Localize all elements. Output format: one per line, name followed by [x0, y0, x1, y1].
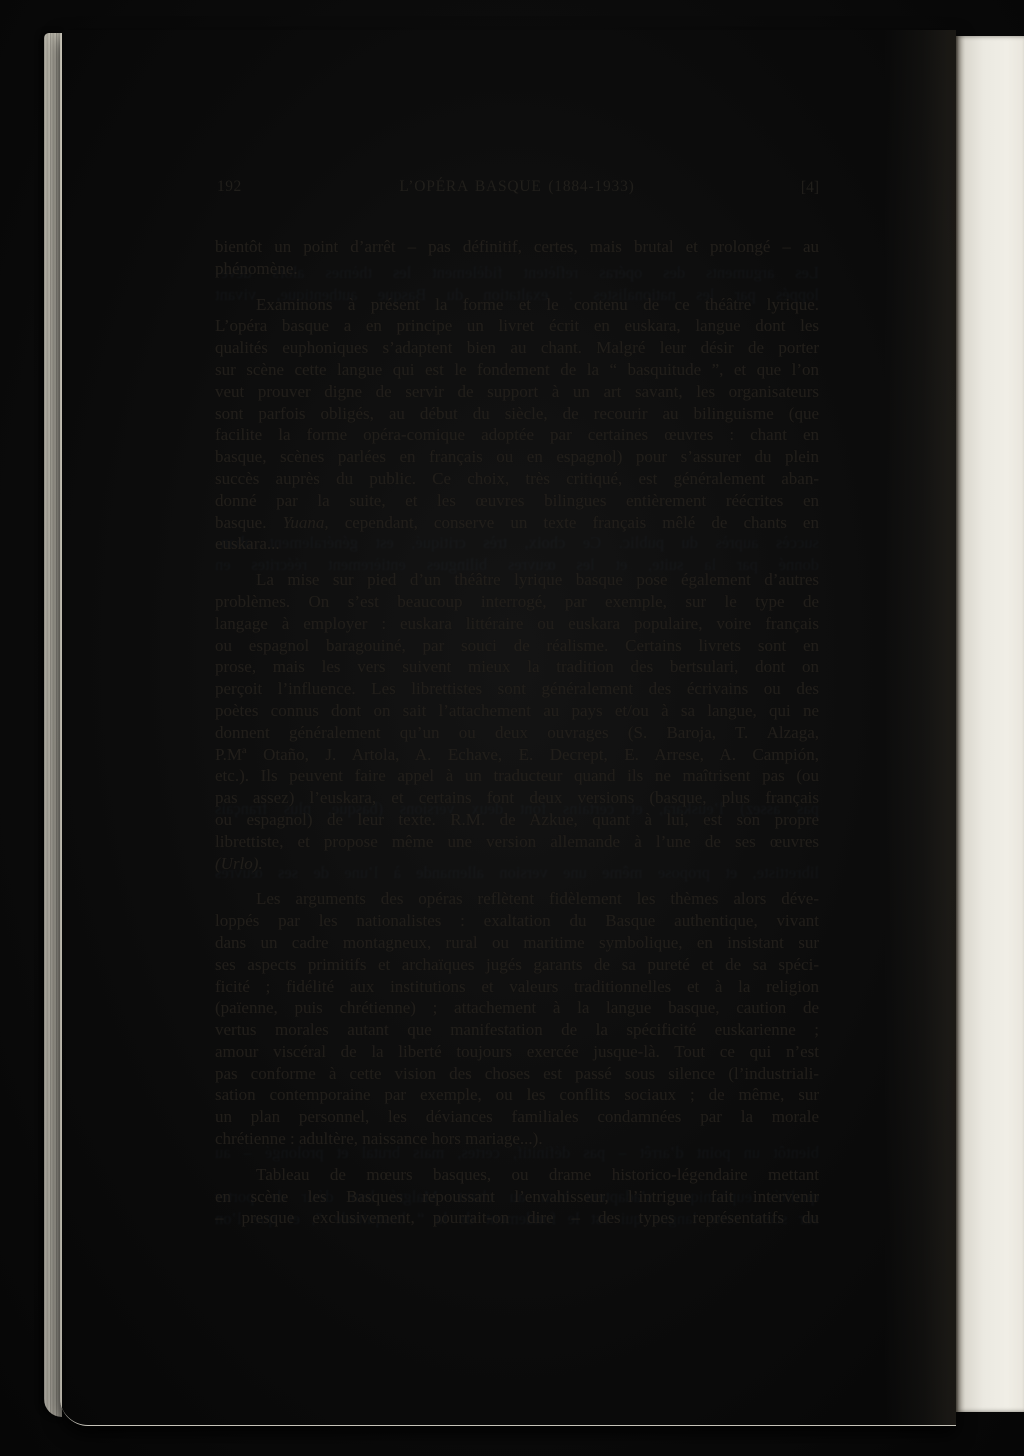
text-line: succès auprès du public. Ce choix, très …: [215, 468, 819, 490]
text-line: vertus morales autant que manifestation …: [215, 1019, 819, 1041]
text-line: dans un cadre montagneux, rural ou marit…: [215, 932, 819, 954]
text-line: sation contemporaine par exemple, ou les…: [215, 1084, 819, 1106]
text-line: Les arguments des opéras reflètent fidèl…: [215, 888, 819, 910]
facing-page-edge: [956, 36, 1024, 1412]
text-line: chrétienne : adultère, naissance hors ma…: [215, 1128, 819, 1150]
text-line: Tableau de mœurs basques, ou drame histo…: [215, 1164, 819, 1186]
paragraph: bientôt un point d’arrêt – pas définitif…: [215, 236, 819, 280]
text-line: ou espagnol) de leur texte. R.M. de Azku…: [215, 809, 819, 831]
paragraph: Les arguments des opéras reflètent fidèl…: [215, 888, 819, 1150]
text-line: amour viscéral de la liberté toujours ex…: [215, 1041, 819, 1063]
text-line: donné par la suite, et les œuvres biling…: [215, 490, 819, 512]
column-reference: [4]: [801, 179, 819, 197]
text-line: prose, mais les vers suivent mieux la tr…: [215, 656, 819, 678]
text-line: problèmes. On s’est beaucoup interrogé, …: [215, 591, 819, 613]
paragraph: Examinons à présent la forme et le conte…: [215, 294, 819, 556]
text-line: L’opéra basque a en principe un livret é…: [215, 315, 819, 337]
text-line: – presque exclusivement, pourrait-on dir…: [215, 1207, 819, 1229]
text-line: loppés par les nationalistes : exaltatio…: [215, 910, 819, 932]
text-line: veut prouver digne de servir de support …: [215, 381, 819, 403]
text-line: pas conforme à cette vision des choses e…: [215, 1063, 819, 1085]
text-line: ficité ; fidélité aux institutions et va…: [215, 976, 819, 998]
gutter-shadow: [884, 30, 956, 1425]
running-header: 192 L’OPÉRA BASQUE (1884-1933) [4]: [215, 178, 819, 200]
text-line: qualités euphoniques s’adaptent bien au …: [215, 337, 819, 359]
text-line: (Urlo).: [215, 853, 819, 875]
book-page: Les arguments des opéras reflètent fidèl…: [60, 30, 956, 1426]
text-line: sur scène cette langue qui est le fondem…: [215, 359, 819, 381]
text-line: librettiste, et propose même une version…: [215, 831, 819, 853]
text-line: sont parfois obligés, au début du siècle…: [215, 403, 819, 425]
text-line: en scène les Basques repoussant l’envahi…: [215, 1186, 819, 1208]
text-line: ses aspects primitifs et archaïques jugé…: [215, 954, 819, 976]
text-line: donnent généralement qu’un ou deux ouvra…: [215, 722, 819, 744]
text-line: un plan personnel, les déviances familia…: [215, 1106, 819, 1128]
text-line: pas assez) l’euskara, et certains font d…: [215, 787, 819, 809]
text-line: basque, scènes parlées en français ou en…: [215, 446, 819, 468]
paragraph: Tableau de mœurs basques, ou drame histo…: [215, 1164, 819, 1229]
text-line: etc.). Ils peuvent faire appel à un trad…: [215, 765, 819, 787]
text-line: bientôt un point d’arrêt – pas définitif…: [215, 236, 819, 258]
running-title: L’OPÉRA BASQUE (1884-1933): [215, 178, 819, 196]
text-line: perçoit l’influence. Les librettistes so…: [215, 678, 819, 700]
text-line: phénomène.: [215, 258, 819, 280]
text-line: ou espagnol baragouiné, par souci de réa…: [215, 635, 819, 657]
text-line: langage à employer : euskara littéraire …: [215, 613, 819, 635]
text-block: bientôt un point d’arrêt – pas définitif…: [215, 236, 819, 1229]
text-line: basque. Yuana, cependant, conserve un te…: [215, 512, 819, 534]
text-line: euskara...: [215, 533, 819, 555]
paragraph: La mise sur pied d’un théâtre lyrique ba…: [215, 569, 819, 874]
text-line: poètes connus dont on sait l’attachement…: [215, 700, 819, 722]
book-photograph: Les arguments des opéras reflètent fidèl…: [0, 0, 1024, 1456]
text-line: Examinons à présent la forme et le conte…: [215, 294, 819, 316]
text-line: (païenne, puis chrétienne) ; attachement…: [215, 997, 819, 1019]
text-line: facilite la forme opéra-comique adoptée …: [215, 424, 819, 446]
text-line: P.Mª Otaño, J. Artola, A. Echave, E. Dec…: [215, 744, 819, 766]
text-line: La mise sur pied d’un théâtre lyrique ba…: [215, 569, 819, 591]
